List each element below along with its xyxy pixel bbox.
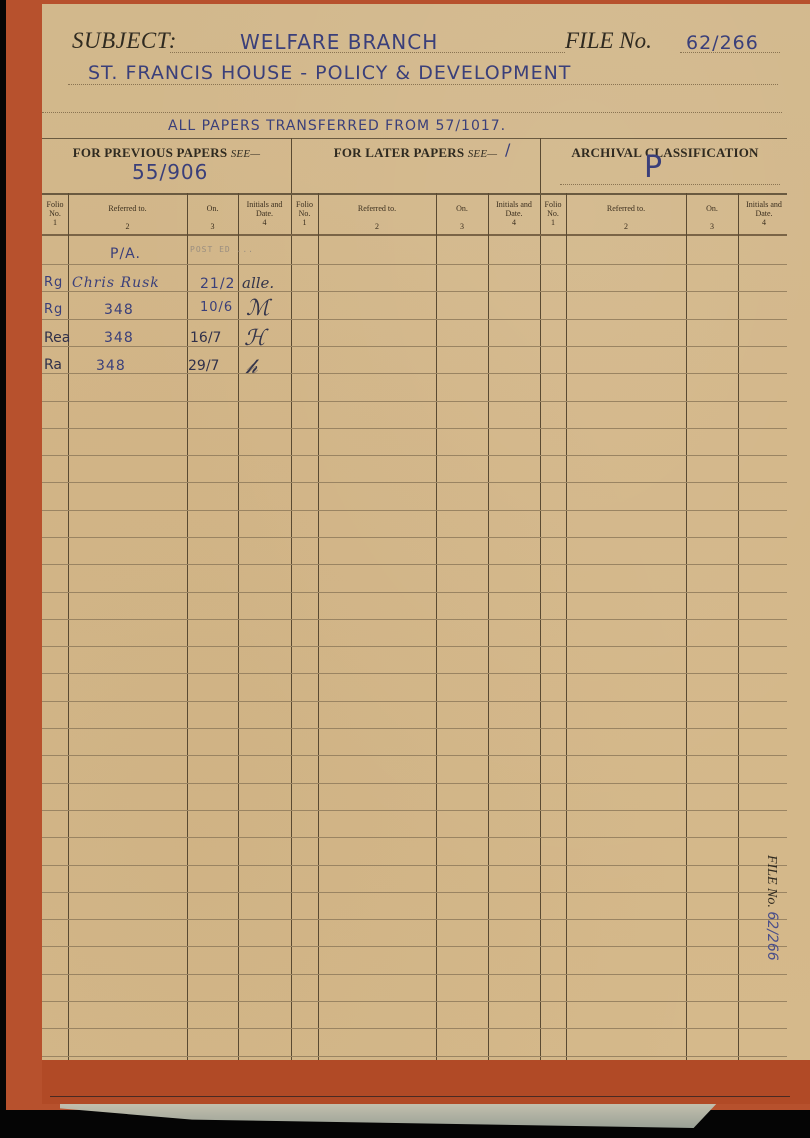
col-header-on: On.3 <box>686 204 738 231</box>
previous-papers-value: 55/906 <box>132 160 208 184</box>
row-rule <box>42 564 787 565</box>
row-rule <box>42 455 787 456</box>
entry-2-on: 21/2 <box>200 276 235 292</box>
row-rule <box>42 919 787 920</box>
col-header-on: On.3 <box>436 204 488 231</box>
line2-dotted-rule <box>68 84 778 85</box>
row-rule <box>42 482 787 483</box>
col-line <box>68 193 69 1060</box>
row-rule <box>42 291 787 292</box>
col-header-folio: Folio No.1 <box>540 200 566 227</box>
col-header-initials: Initials and Date.4 <box>488 200 540 227</box>
col-line <box>488 193 489 1060</box>
group-divider-1 <box>291 138 292 1060</box>
entry-3-on: 10/6 <box>200 300 233 315</box>
entry-3-initials: ℳ <box>246 296 270 321</box>
row-rule <box>42 428 787 429</box>
subject-dotted-rule <box>170 52 565 53</box>
file-number-value: 62/266 <box>686 32 759 54</box>
col-line <box>686 193 687 1060</box>
entry-4-on: 16/7 <box>190 330 221 346</box>
line3-dotted-rule <box>42 112 782 113</box>
row-rule <box>42 946 787 947</box>
entry-4-referred-to: 348 <box>104 330 134 346</box>
row-rule <box>42 783 787 784</box>
col-line <box>238 193 239 1060</box>
row-rule <box>42 619 787 620</box>
margin-file-label: FILE No. <box>764 855 779 908</box>
entry-2-initials: alle. <box>242 274 274 292</box>
subject-value: WELFARE BRANCH <box>240 30 438 54</box>
row-rule <box>42 373 787 374</box>
row-rule <box>42 592 787 593</box>
table-top-rule <box>42 193 787 195</box>
row-rule <box>42 974 787 975</box>
transfer-note: ALL PAPERS TRANSFERRED FROM 57/1017. <box>168 118 506 134</box>
col-header-folio: Folio No.1 <box>291 200 318 227</box>
col-header-referred: Referred to.2 <box>68 204 187 231</box>
previous-papers-heading: FOR PREVIOUS PAPERS SEE— <box>42 145 291 161</box>
row-rule <box>42 865 787 866</box>
row-rule <box>42 537 787 538</box>
previous-papers-label: FOR PREVIOUS PAPERS <box>73 145 228 160</box>
row-rule <box>42 646 787 647</box>
col-line <box>738 193 739 1060</box>
archival-dotted-rule <box>560 184 780 185</box>
entry-5-on: 29/7 <box>188 358 219 374</box>
entry-2-folio: Rg <box>44 275 63 290</box>
archival-classification-value: P <box>644 150 662 185</box>
col-header-initials: Initials and Date.4 <box>238 200 291 227</box>
row-rule <box>42 673 787 674</box>
row-rule <box>42 1028 787 1029</box>
col-header-initials: Initials and Date.4 <box>738 200 790 227</box>
entry-4-folio: Rea <box>44 330 70 346</box>
row-rule <box>42 319 787 320</box>
entry-1-referred-to: P/A. <box>110 246 141 262</box>
entry-5-folio: Ra <box>44 357 62 373</box>
group-divider-2 <box>540 138 541 1060</box>
band-rule <box>50 1096 790 1097</box>
subject-label: SUBJECT: <box>72 28 177 54</box>
col-header-folio: Folio No.1 <box>42 200 68 227</box>
file-number-label: FILE No. <box>565 28 652 54</box>
col-line <box>318 193 319 1060</box>
later-papers-see: SEE— <box>468 148 498 160</box>
row-rule <box>42 346 787 347</box>
row-rule <box>42 401 787 402</box>
later-papers-heading: FOR LATER PAPERS SEE— <box>291 145 540 161</box>
col-header-on: On.3 <box>187 204 238 231</box>
col-header-referred: Referred to.2 <box>566 204 686 231</box>
entry-3-folio: Rg <box>44 302 63 317</box>
subject-line-2: ST. FRANCIS HOUSE - POLICY & DEVELOPMENT <box>88 62 571 84</box>
row-rule <box>42 810 787 811</box>
row-rule <box>42 837 787 838</box>
col-header-referred: Referred to.2 <box>318 204 436 231</box>
received-stamp: POST ED ... <box>190 245 254 254</box>
bottom-red-band <box>42 1060 810 1104</box>
entry-2-referred-to: Chris Rusk <box>72 275 160 291</box>
row-rule <box>42 755 787 756</box>
col-line <box>436 193 437 1060</box>
entry-5-referred-to: 348 <box>96 358 126 374</box>
entry-4-initials: ℋ <box>244 326 266 351</box>
margin-file-value: 62/266 <box>764 911 780 960</box>
loose-papers <box>60 1100 720 1128</box>
row-rule <box>42 1001 787 1002</box>
later-papers-mark: / <box>505 140 511 159</box>
row-rule <box>42 892 787 893</box>
entry-5-initials: 𝒽 <box>246 354 258 378</box>
row-rule <box>42 1056 787 1057</box>
row-rule <box>42 728 787 729</box>
row-rule <box>42 701 787 702</box>
archival-classification-heading: ARCHIVAL CLASSIFICATION <box>540 145 790 161</box>
file-dotted-rule <box>680 52 780 53</box>
section-top-rule <box>42 138 787 139</box>
later-papers-label: FOR LATER PAPERS <box>334 145 465 160</box>
entry-3-referred-to: 348 <box>104 302 134 318</box>
previous-papers-see: SEE— <box>231 148 261 160</box>
col-line <box>566 193 567 1060</box>
col-line <box>187 193 188 1060</box>
row-rule <box>42 264 787 265</box>
margin-file-number: FILE No. 62/266 <box>763 855 780 961</box>
header-bottom-rule <box>42 234 787 236</box>
row-rule <box>42 510 787 511</box>
